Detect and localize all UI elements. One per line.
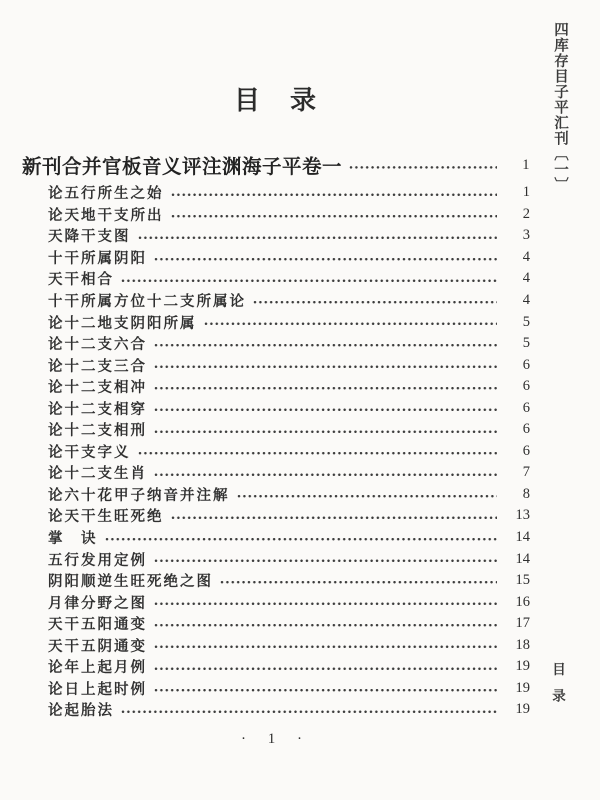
toc-entry-label: 天干五阴通变 xyxy=(48,635,147,656)
dotted-leader xyxy=(138,225,498,247)
toc-entry-page: 16 xyxy=(502,594,530,611)
dotted-leader xyxy=(121,699,497,721)
dotted-leader xyxy=(171,204,498,226)
toc-entry: 阴阳顺逆生旺死绝之图 15 xyxy=(22,570,530,592)
toc-entry-page: 14 xyxy=(502,551,530,568)
toc-entry-label: 天干相合 xyxy=(48,268,114,289)
toc-entry-page: 8 xyxy=(502,486,530,503)
toc-entry-page: 6 xyxy=(502,421,530,438)
dotted-leader xyxy=(154,419,497,441)
toc-entry-page: 6 xyxy=(502,357,530,374)
toc-entry: 天干五阴通变 18 xyxy=(22,634,530,656)
dotted-leader xyxy=(154,354,497,376)
toc-entry-label: 论日上起时例 xyxy=(48,678,147,699)
toc-entry-page: 3 xyxy=(502,227,530,244)
toc-entry-page: 4 xyxy=(502,292,530,309)
series-title-vertical: 四库存目子平汇刊〔一〕 xyxy=(550,22,571,193)
dotted-leader xyxy=(121,268,497,290)
toc-entry-page: 15 xyxy=(502,572,530,589)
toc-entry-page: 5 xyxy=(502,335,530,352)
dotted-leader xyxy=(349,150,497,180)
dotted-leader xyxy=(237,484,498,506)
toc-volume-heading: 新刊合并官板音义评注渊海子平卷一 1 xyxy=(22,150,530,180)
toc-entry-label: 阴阳顺逆生旺死绝之图 xyxy=(48,570,213,591)
dotted-leader xyxy=(204,311,498,333)
toc-entry-label: 论天干生旺死绝 xyxy=(48,505,164,526)
toc-entry: 天干相合 4 xyxy=(22,268,530,290)
section-label-vertical: 目录 xyxy=(547,662,567,715)
toc-entry-label: 论年上起月例 xyxy=(48,656,147,677)
toc-entry: 论十二支相冲 6 xyxy=(22,376,530,398)
toc-entry-page: 19 xyxy=(502,658,530,675)
dotted-leader xyxy=(154,613,497,635)
toc-entry-label: 天干五阳通变 xyxy=(48,613,147,634)
toc-entry-page: 6 xyxy=(502,378,530,395)
dotted-leader xyxy=(154,656,497,678)
dotted-leader xyxy=(154,247,497,269)
dotted-leader xyxy=(138,441,498,463)
dotted-leader xyxy=(154,333,497,355)
toc-entry-page: 5 xyxy=(502,314,530,331)
toc-entry: 论十二地支阴阳所属 5 xyxy=(22,311,530,333)
dotted-leader xyxy=(154,462,497,484)
toc-entry: 月律分野之图 16 xyxy=(22,591,530,613)
toc-entry-page: 6 xyxy=(502,443,530,460)
toc-list: 新刊合并官板音义评注渊海子平卷一 1 论五行所生之始 1 论天地干支所出 2 xyxy=(22,150,530,721)
toc-entry-page: 6 xyxy=(502,400,530,417)
toc-entry: 论六十花甲子纳音并注解 8 xyxy=(22,484,530,506)
dotted-leader xyxy=(171,505,498,527)
toc-entry-page: 4 xyxy=(502,249,530,266)
toc-entry: 论十二支三合 6 xyxy=(22,354,530,376)
toc-entry-label: 论六十花甲子纳音并注解 xyxy=(48,484,230,505)
toc-entry-label: 论十二支生肖 xyxy=(48,462,147,483)
dotted-leader xyxy=(154,397,497,419)
toc-entry-label: 月律分野之图 xyxy=(48,592,147,613)
toc-entry: 十干所属方位十二支所属论 4 xyxy=(22,290,530,312)
toc-entry-label: 论起胎法 xyxy=(48,699,114,720)
dotted-leader xyxy=(154,634,497,656)
dotted-leader xyxy=(154,548,497,570)
dotted-leader xyxy=(253,290,497,312)
toc-entry-page: 1 xyxy=(502,184,530,201)
toc-entry: 论天地干支所出 2 xyxy=(22,204,530,226)
toc-entry-page: 19 xyxy=(502,680,530,697)
toc-entries: 论五行所生之始 1 论天地干支所出 2 天降干支图 3 十干所属 xyxy=(22,182,530,721)
toc-entry-page: 18 xyxy=(502,637,530,654)
toc-entry: 天干五阳通变 17 xyxy=(22,613,530,635)
page-title: 目 录 xyxy=(0,80,552,117)
toc-entry-label: 掌 诀 xyxy=(48,527,98,548)
toc-entry-page: 19 xyxy=(502,701,530,718)
dotted-leader xyxy=(105,527,498,549)
toc-entry-label: 十干所属方位十二支所属论 xyxy=(48,290,246,311)
toc-volume-heading-page: 1 xyxy=(502,157,530,174)
toc-entry: 五行发用定例 14 xyxy=(22,548,530,570)
toc-volume-heading-label: 新刊合并官板音义评注渊海子平卷一 xyxy=(22,151,342,179)
toc-entry: 十干所属阴阳 4 xyxy=(22,247,530,269)
toc-entry: 论十二支相刑 6 xyxy=(22,419,530,441)
toc-entry-label: 论十二支相冲 xyxy=(48,376,147,397)
dotted-leader xyxy=(154,591,497,613)
toc-entry: 论干支字义 6 xyxy=(22,441,530,463)
toc-entry-page: 4 xyxy=(502,270,530,287)
toc-entry: 天降干支图 3 xyxy=(22,225,530,247)
toc-entry-label: 论十二支相穿 xyxy=(48,398,147,419)
toc-entry: 论十二支六合 5 xyxy=(22,333,530,355)
toc-entry: 掌 诀 14 xyxy=(22,527,530,549)
toc-entry-label: 论干支字义 xyxy=(48,441,131,462)
toc-entry-label: 论十二支三合 xyxy=(48,355,147,376)
toc-entry: 论日上起时例 19 xyxy=(22,678,530,700)
toc-entry: 论五行所生之始 1 xyxy=(22,182,530,204)
toc-entry-page: 7 xyxy=(502,464,530,481)
toc-entry-page: 13 xyxy=(502,507,530,524)
scanned-toc-page: 目 录 四库存目子平汇刊〔一〕 目录 新刊合并官板音义评注渊海子平卷一 1 论五… xyxy=(0,0,600,800)
toc-entry-label: 论十二支六合 xyxy=(48,333,147,354)
toc-entry-label: 五行发用定例 xyxy=(48,549,147,570)
dotted-leader xyxy=(154,376,497,398)
page-number: · 1 · xyxy=(0,731,552,748)
toc-entry-label: 天降干支图 xyxy=(48,225,131,246)
toc-entry-page: 14 xyxy=(502,529,530,546)
toc-entry: 论年上起月例 19 xyxy=(22,656,530,678)
toc-entry: 论天干生旺死绝 13 xyxy=(22,505,530,527)
toc-entry-label: 论十二地支阴阳所属 xyxy=(48,312,197,333)
toc-entry-label: 论五行所生之始 xyxy=(48,182,164,203)
toc-entry: 论十二支相穿 6 xyxy=(22,397,530,419)
dotted-leader xyxy=(154,678,497,700)
toc-entry-label: 十干所属阴阳 xyxy=(48,247,147,268)
toc-entry-page: 2 xyxy=(502,206,530,223)
dotted-leader xyxy=(171,182,498,204)
toc-entry-page: 17 xyxy=(502,615,530,632)
toc-entry-label: 论天地干支所出 xyxy=(48,204,164,225)
toc-entry: 论起胎法 19 xyxy=(22,699,530,721)
toc-entry-label: 论十二支相刑 xyxy=(48,419,147,440)
toc-entry: 论十二支生肖 7 xyxy=(22,462,530,484)
dotted-leader xyxy=(220,570,497,592)
